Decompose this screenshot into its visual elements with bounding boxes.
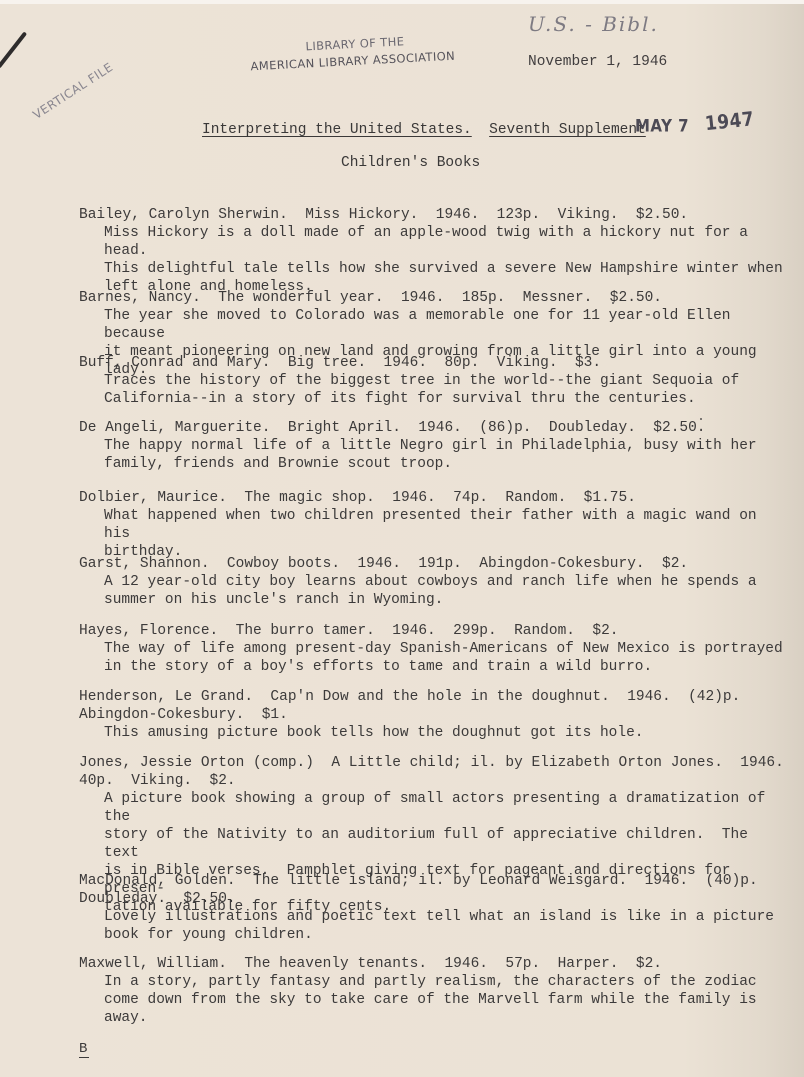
entry-annotation: Lovely illustrations and poetic text tel… [79,908,789,944]
entry-annotation: In a story, partly fantasy and partly re… [79,973,789,1027]
library-stamp: LIBRARY OF THE AMERICAN LIBRARY ASSOCIAT… [249,31,455,76]
entry-annotation: Miss Hickory is a doll made of an apple-… [79,224,789,296]
document-page: LIBRARY OF THE AMERICAN LIBRARY ASSOCIAT… [0,0,804,1077]
entry-citation: MacDonald, Golden. The little island; il… [79,872,789,908]
entry-annotation: The happy normal life of a little Negro … [79,437,789,473]
title-part2: Seventh Supplement [489,122,646,138]
bibliography-entry: MacDonald, Golden. The little island; il… [79,872,789,944]
entry-annotation: Traces the history of the biggest tree i… [79,372,789,408]
bibliography-entry: Dolbier, Maurice. The magic shop. 1946. … [79,489,789,561]
entry-citation: De Angeli, Marguerite. Bright April. 194… [79,419,789,437]
page-mark-letter: B [79,1041,87,1057]
entry-citation: Bailey, Carolyn Sherwin. Miss Hickory. 1… [79,206,789,224]
entry-citation: Hayes, Florence. The burro tamer. 1946. … [79,622,789,640]
received-date-stamp: MAY 71947 [635,116,754,136]
entry-annotation: What happened when two children presente… [79,507,789,561]
entry-citation: Garst, Shannon. Cowboy boots. 1946. 191p… [79,555,789,573]
bibliography-entry: Buff, Conrad and Mary. Big tree. 1946. 8… [79,354,789,408]
received-year: 1947 [704,108,755,136]
document-date: November 1, 1946 [528,54,667,70]
bibliography-entry: Garst, Shannon. Cowboy boots. 1946. 191p… [79,555,789,609]
bibliography-entry: Maxwell, William. The heavenly tenants. … [79,955,789,1027]
entry-citation: Jones, Jessie Orton (comp.) A Little chi… [79,754,789,790]
paper-speck [612,302,614,304]
entry-citation: Barnes, Nancy. The wonderful year. 1946.… [79,289,789,307]
document-subtitle: Children's Books [341,155,480,171]
handwritten-classification-note: U.S. - Bibl. [528,12,659,36]
bibliography-entry: De Angeli, Marguerite. Bright April. 194… [79,419,789,473]
document-title: Interpreting the United States. Seventh … [202,122,646,138]
page-top-edge [0,0,804,4]
page-continuation-mark: B [79,1041,87,1057]
entry-citation: Maxwell, William. The heavenly tenants. … [79,955,789,973]
entry-citation: Henderson, Le Grand. Cap'n Dow and the h… [79,688,789,724]
paper-speck [700,418,702,420]
bibliography-entry: Bailey, Carolyn Sherwin. Miss Hickory. 1… [79,206,789,296]
entry-citation: Buff, Conrad and Mary. Big tree. 1946. 8… [79,354,789,372]
received-month-day: MAY 7 [635,116,689,136]
entry-citation: Dolbier, Maurice. The magic shop. 1946. … [79,489,789,507]
entry-annotation: A 12 year-old city boy learns about cowb… [79,573,789,609]
title-part1: Interpreting the United States. [202,122,472,138]
bibliography-entry: Hayes, Florence. The burro tamer. 1946. … [79,622,789,676]
bibliography-entry: Henderson, Le Grand. Cap'n Dow and the h… [79,688,789,742]
continuation-arrow-icon [79,1057,89,1058]
entry-annotation: The way of life among present-day Spanis… [79,640,789,676]
entry-annotation: This amusing picture book tells how the … [79,724,789,742]
vertical-file-stamp: VERTICAL FILE [30,60,115,122]
pencil-slash-mark [0,31,27,68]
